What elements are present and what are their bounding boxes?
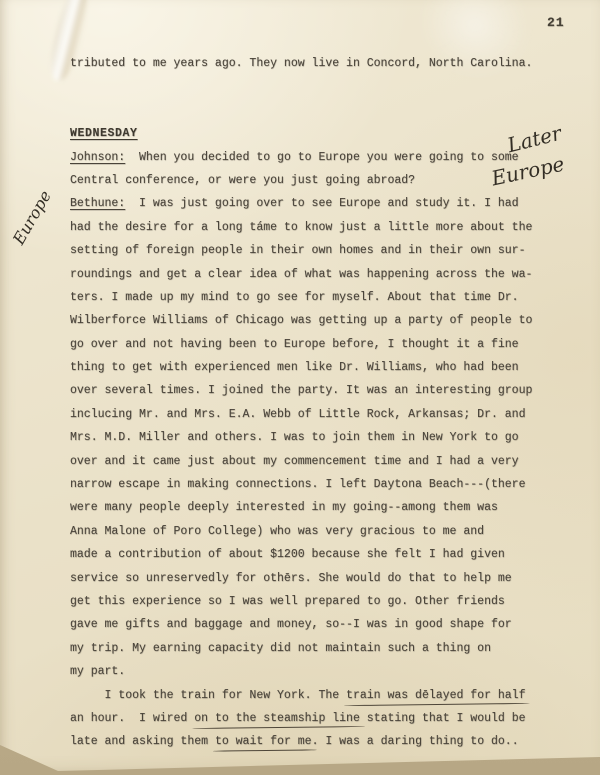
typed-text: . I was a daring thing to do.. — [312, 735, 519, 748]
typed-text: roundings and get a clear idea of what w… — [70, 268, 532, 281]
typed-line: Bethune: I was just going over to see Eu… — [70, 192, 580, 215]
blank-line — [70, 75, 580, 98]
typed-text: Central conference, or were you just goi… — [70, 174, 415, 187]
typed-line: setting of foreign people in their own h… — [70, 239, 580, 262]
typed-text: narrow escape in making connections. I l… — [70, 478, 525, 491]
typed-line: over several times. I joined the party. … — [70, 379, 580, 402]
typed-text: my trip. My earning capacity did not mai… — [70, 642, 491, 655]
handwritten-note-europe-left: Europe — [2, 175, 62, 261]
typed-line: late and asking them to wait for me. I w… — [70, 730, 580, 753]
typed-underlined-text: WEDNESDAY — [70, 127, 138, 140]
typed-text: made a contribution of about $1200 becau… — [70, 548, 505, 561]
typed-text: late and asking them — [70, 735, 215, 748]
typed-underlined-text: Johnson: — [70, 151, 125, 164]
typed-line: gave me gifts and baggage and money, so-… — [70, 613, 580, 636]
typed-text: setting of foreign people in their own h… — [70, 244, 525, 257]
typed-text: Mrs. M.D. Miller and others. I was to jo… — [70, 431, 519, 444]
typed-line: go over and not having been to Europe be… — [70, 333, 580, 356]
typed-line: narrow escape in making connections. I l… — [70, 473, 580, 496]
typed-line: roundings and get a clear idea of what w… — [70, 263, 580, 286]
typed-line: inclucing Mr. and Mrs. E.A. Webb of Litt… — [70, 403, 580, 426]
typed-text: an hour. I wired — [70, 712, 194, 725]
typed-line: Anna Malone of Poro College) who was ver… — [70, 520, 580, 543]
typed-line: get this experience so I was well prepar… — [70, 590, 580, 613]
scan-background: 21 tributed to me years ago. They now li… — [0, 0, 600, 775]
typed-text: my part. — [70, 665, 125, 678]
typed-text: When you decided to go to Europe you wer… — [125, 151, 518, 164]
typed-text: ters. I made up my mind to go see for my… — [70, 291, 519, 304]
typed-text: I took the train for New York. The — [70, 689, 346, 702]
typed-line: WEDNESDAY — [70, 122, 580, 145]
typed-line: Mrs. M.D. Miller and others. I was to jo… — [70, 426, 580, 449]
typed-text-block: tributed to me years ago. They now live … — [70, 52, 580, 754]
typed-line: ters. I made up my mind to go see for my… — [70, 286, 580, 309]
document-page: 21 tributed to me years ago. They now li… — [0, 0, 600, 775]
typed-text: tributed to me years ago. They now live … — [70, 57, 532, 70]
hand-underlined-text: to wait for me — [215, 735, 312, 748]
typed-text: were many people deeply interested in my… — [70, 501, 498, 514]
hand-underlined-text: train was dēlayed for half — [346, 689, 525, 702]
typed-line: over and it came just about my commencem… — [70, 450, 580, 473]
typed-line: I took the train for New York. The train… — [70, 684, 580, 707]
typed-line: Wilberforce Williams of Chicago was gett… — [70, 309, 580, 332]
typed-text: gave me gifts and baggage and money, so-… — [70, 618, 512, 631]
typed-text: inclucing Mr. and Mrs. E.A. Webb of Litt… — [70, 408, 525, 421]
typed-line: thing to get with experienced men like D… — [70, 356, 580, 379]
typed-line: had the desire for a long táme to know j… — [70, 216, 580, 239]
typed-text: stating that I would be — [360, 712, 526, 725]
typed-underlined-text: Bethune: — [70, 197, 125, 210]
typed-text: over several times. I joined the party. … — [70, 384, 532, 397]
blank-line — [70, 99, 580, 122]
typed-line: were many people deeply interested in my… — [70, 496, 580, 519]
typed-text: Anna Malone of Poro College) who was ver… — [70, 525, 484, 538]
typed-line: tributed to me years ago. They now live … — [70, 52, 580, 75]
typed-line: my trip. My earning capacity did not mai… — [70, 637, 580, 660]
hand-underlined-text: on to the steamship line — [194, 712, 360, 725]
typed-line: an hour. I wired on to the steamship lin… — [70, 707, 580, 730]
typed-line: my part. — [70, 660, 580, 683]
typed-text: service so unreservedly for othērs. She … — [70, 572, 512, 585]
page-number: 21 — [547, 15, 565, 30]
typed-text: go over and not having been to Europe be… — [70, 338, 519, 351]
typed-text: I was just going over to see Europe and … — [125, 197, 518, 210]
typed-line: service so unreservedly for othērs. She … — [70, 567, 580, 590]
typed-text: over and it came just about my commencem… — [70, 455, 519, 468]
typed-line: made a contribution of about $1200 becau… — [70, 543, 580, 566]
typed-text: Wilberforce Williams of Chicago was gett… — [70, 314, 532, 327]
typed-text: thing to get with experienced men like D… — [70, 361, 519, 374]
typed-text: get this experience so I was well prepar… — [70, 595, 505, 608]
typed-text: had the desire for a long táme to know j… — [70, 221, 532, 234]
